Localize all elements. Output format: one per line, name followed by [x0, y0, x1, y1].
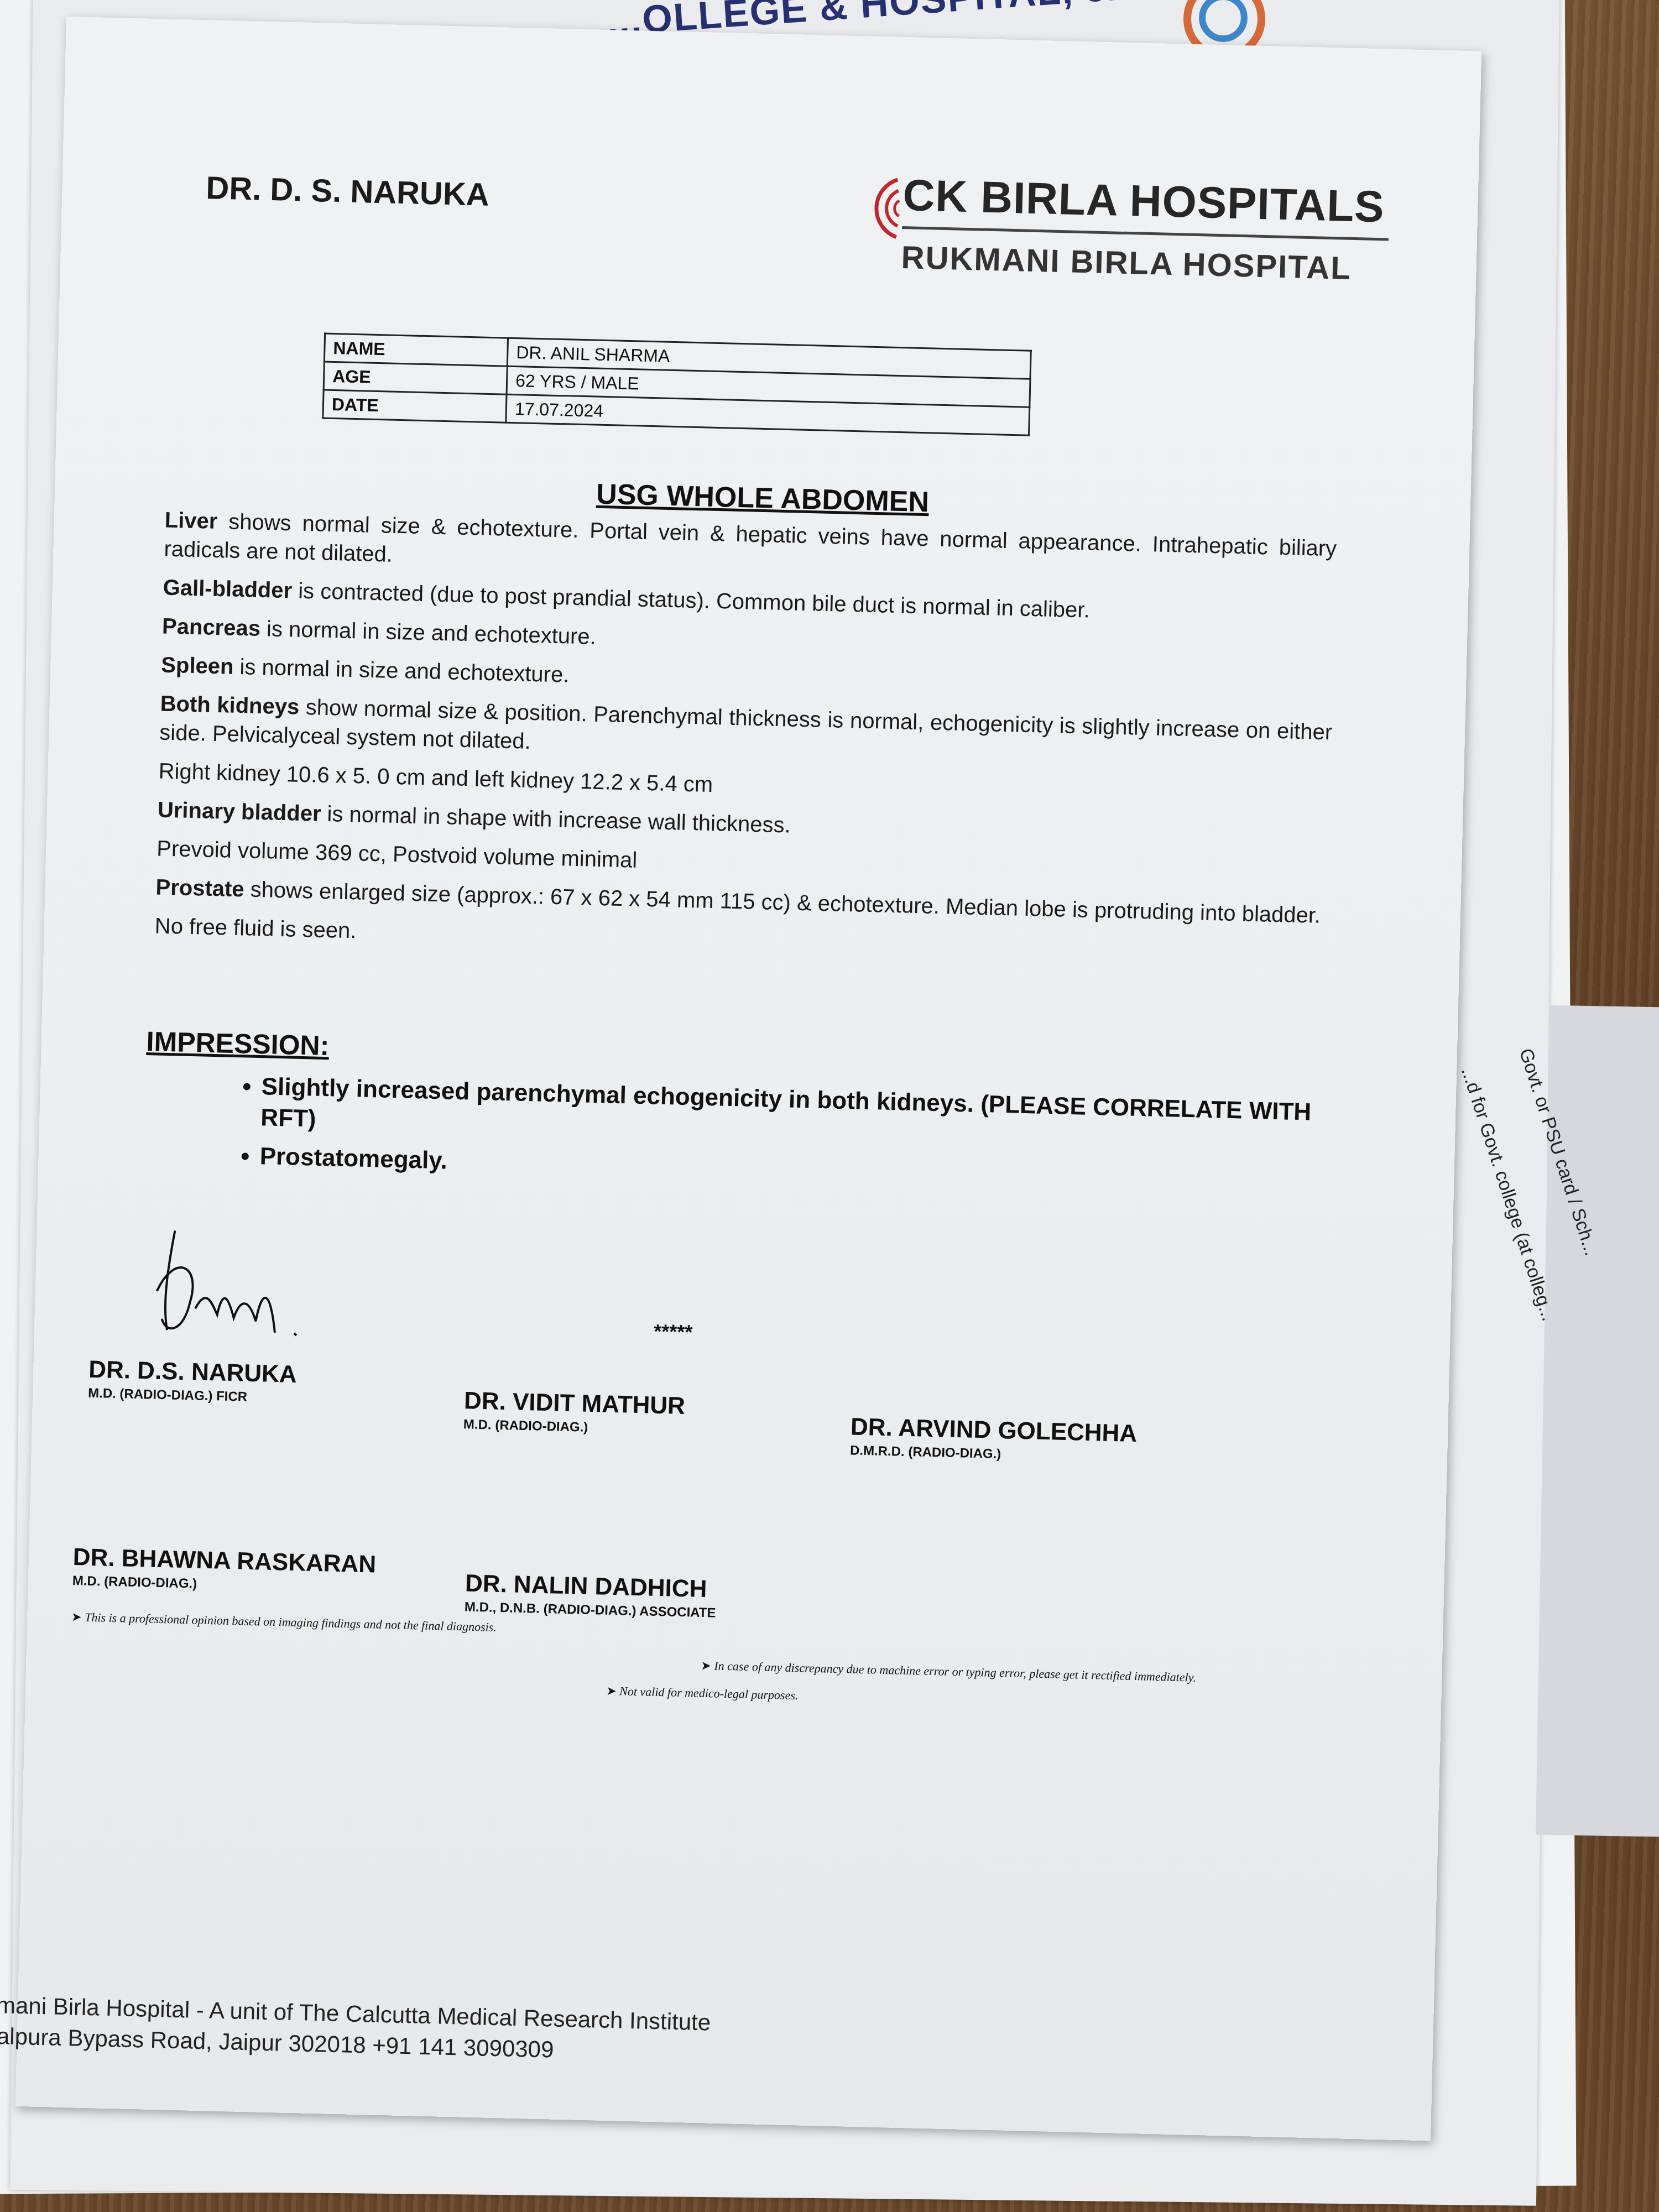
brand-name: CK BIRLA HOSPITALS: [902, 170, 1401, 233]
hospital-brand: CK BIRLA HOSPITALS RUKMANI BIRLA HOSPITA…: [901, 170, 1401, 288]
signature-mark: [150, 1219, 352, 1357]
finding-organ: Liver: [164, 508, 218, 534]
doctor-name: DR. D.S. NARUKA: [88, 1356, 298, 1389]
end-of-report-marker: *****: [654, 1320, 693, 1344]
doctor-name: DR. BHAWNA RASKARAN: [72, 1543, 376, 1578]
finding-text: Prevoid volume 369 cc, Postvoid volume m…: [156, 836, 638, 872]
doctor-signatory: DR. VIDIT MATHUR M.D. (RADIO-DIAG.): [463, 1387, 686, 1438]
finding-organ: Prostate: [155, 875, 244, 901]
finding-organ: Both kidneys: [160, 692, 300, 719]
hospital-footer: kmani Birla Hospital - A unit of The Cal…: [0, 1989, 711, 2069]
findings-section: Liver shows normal size & echotexture. P…: [154, 506, 1337, 979]
impression-section: IMPRESSION: Slightly increased parenchym…: [143, 1025, 1319, 1206]
finding-text: Right kidney 10.6 x 5. 0 cm and left kid…: [158, 759, 713, 796]
doctor-qualification: M.D. (RADIO-DIAG.): [463, 1417, 685, 1438]
brand-signal-icon: [863, 174, 904, 242]
disclaimer-note: In case of any discrepancy due to machin…: [701, 1658, 1196, 1685]
doctor-signatory: DR. BHAWNA RASKARAN M.D. (RADIO-DIAG.): [72, 1543, 377, 1596]
patient-info-table: NAME DR. ANIL SHARMA AGE 62 YRS / MALE D…: [322, 333, 1031, 436]
disclaimer-note: This is a professional opinion based on …: [71, 1610, 497, 1635]
doctor-signatory: DR. ARVIND GOLECHHA D.M.R.D. (RADIO-DIAG…: [850, 1413, 1138, 1465]
finding-organ: Pancreas: [162, 614, 261, 641]
label-date: DATE: [323, 390, 507, 422]
impression-list: Slightly increased parenchymal echogenic…: [143, 1068, 1318, 1198]
doctor-qualification: M.D. (RADIO-DIAG.) FICR: [88, 1386, 296, 1406]
finding-text: is normal in size and echotexture.: [260, 617, 596, 649]
doctor-name: DR. NALIN DADHICH: [465, 1569, 717, 1603]
disclaimer-note: Not valid for medico-legal purposes.: [606, 1684, 799, 1703]
doctor-signatory: DR. D.S. NARUKA M.D. (RADIO-DIAG.) FICR: [88, 1356, 297, 1406]
finding-text: is contracted (due to post prandial stat…: [292, 578, 1091, 622]
doctor-name: DR. ARVIND GOLECHHA: [851, 1413, 1138, 1448]
finding-text: is normal in shape with increase wall th…: [321, 802, 791, 838]
doctor-name: DR. VIDIT MATHUR: [463, 1387, 685, 1420]
brand-subname: RUKMANI BIRLA HOSPITAL: [901, 239, 1399, 288]
finding-organ: Urinary bladder: [157, 797, 321, 826]
finding-text: show normal size & position. Parenchymal…: [159, 695, 1333, 754]
doctor-qualification: M.D., D.N.B. (RADIO-DIAG.) ASSOCIATE: [465, 1599, 716, 1621]
finding-text: No free fluid is seen.: [154, 914, 357, 943]
finding-organ: Spleen: [161, 653, 234, 679]
label-age: AGE: [324, 362, 507, 394]
report-doctor-header: DR. D. S. NARUKA: [206, 169, 490, 213]
finding-text: is normal in size and echotexture.: [233, 655, 570, 687]
report-sheet: DR. D. S. NARUKA CK BIRLA HOSPITALS RUKM…: [15, 17, 1482, 2141]
label-name: NAME: [324, 333, 508, 366]
finding-organ: Gall-bladder: [163, 576, 292, 603]
doctor-signatory: DR. NALIN DADHICH M.D., D.N.B. (RADIO-DI…: [465, 1569, 717, 1621]
